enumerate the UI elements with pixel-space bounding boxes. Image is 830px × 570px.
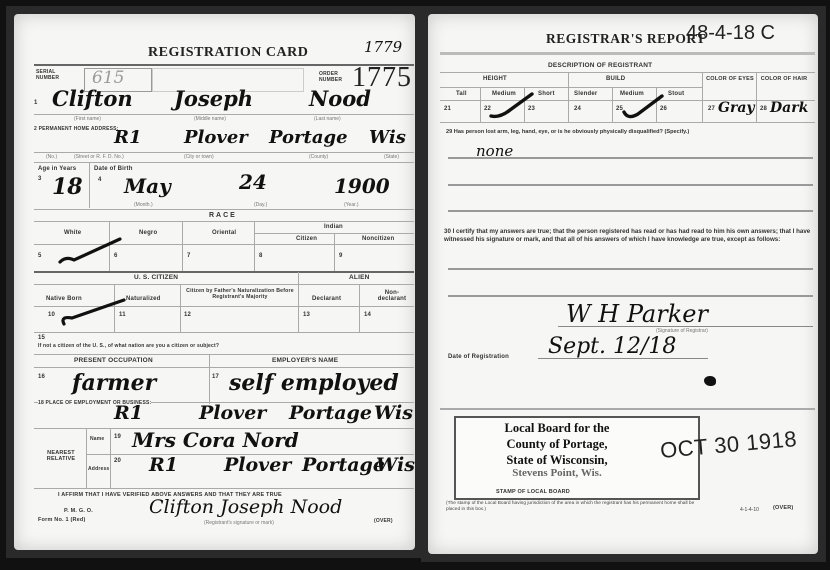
divider (298, 272, 299, 332)
occupation-value: farmer (72, 370, 156, 396)
address-rural: R1 (114, 127, 141, 148)
address-state: Wis (369, 127, 406, 148)
relative-address-no: 20 (114, 458, 121, 464)
answer-line (448, 157, 813, 159)
date-value: Sept. 12/18 (548, 334, 676, 359)
q30-text: 30 I certify that my answers are true; t… (444, 228, 814, 244)
hair-value: Dark (770, 100, 808, 116)
address-sublabel-state: (State) (384, 154, 399, 160)
dob-label: Date of Birth (94, 166, 133, 172)
name-sublabel-last: (Last name) (314, 116, 341, 122)
height-label: HEIGHT (483, 76, 507, 82)
employer-no: 17 (212, 374, 219, 380)
divider (34, 209, 414, 210)
divider (86, 428, 87, 488)
order-number-handwritten: 1779 (364, 38, 402, 56)
name-first: Clifton (52, 86, 133, 111)
alien-nondeclarant-label: Non-declarant (374, 290, 410, 302)
divider (440, 408, 815, 410)
relative-address-rural: R1 (149, 454, 178, 476)
footer-code: 4-1-4-10 (740, 507, 759, 513)
race-title: RACE (209, 212, 237, 219)
citizen-by-father-no: 12 (184, 312, 191, 318)
divider (110, 428, 111, 488)
signature-label: (Registrant's signature or mark) (204, 520, 274, 526)
answer-line (448, 295, 813, 297)
divider (568, 72, 569, 122)
relative-name-no: 19 (114, 434, 121, 440)
age-label: Age in Years (38, 166, 76, 172)
footer-over: (OVER) (773, 505, 793, 511)
divider (34, 488, 414, 489)
form-code-1: P. M. G. O. (64, 508, 93, 514)
relative-address-city: Plover (224, 454, 291, 476)
address-sublabel-no: (No.) (46, 154, 57, 160)
divider (334, 233, 335, 271)
q15-no: 15 (38, 335, 45, 341)
divider (209, 354, 210, 404)
board-line-1: Local Board for the (456, 420, 658, 436)
address-label: 2 PERMANENT HOME ADDRESS: (34, 126, 119, 132)
card-title: REGISTRATION CARD (148, 45, 308, 61)
eyes-label: COLOR OF EYES (706, 76, 754, 82)
dob-year: 1900 (334, 174, 390, 198)
registration-card: REGISTRATION CARD 1779 SERIAL NUMBER 615… (14, 14, 415, 550)
date-label: Date of Registration (448, 354, 509, 360)
race-negro-label: Negro (139, 230, 157, 236)
address-city: Plover (184, 127, 248, 148)
serial-number: 615 (92, 68, 124, 88)
dob-sublabel-day: (Day.) (254, 202, 267, 208)
divider (612, 87, 613, 122)
eyes-value: Gray (718, 100, 755, 116)
divider (34, 221, 414, 222)
race-citizen-no: 8 (259, 253, 263, 259)
divider (34, 332, 414, 333)
citizen-native-no: 10 (48, 312, 55, 318)
divider (702, 72, 703, 122)
hair-no: 28 (760, 106, 767, 112)
divider (440, 72, 815, 73)
eyes-no: 27 (708, 106, 715, 112)
divider (480, 87, 481, 122)
date-line (538, 358, 708, 359)
divider (254, 233, 414, 234)
alien-declarant-no: 13 (303, 312, 310, 318)
order-label: ORDER NUMBER (319, 71, 347, 83)
build-stout-label: Stout (668, 91, 684, 97)
hair-label: COLOR OF HAIR (760, 76, 808, 82)
height-tall-label: Tall (456, 91, 467, 97)
height-short-label: Short (538, 91, 555, 97)
divider (254, 221, 255, 271)
report-title: REGISTRAR'S REPORT (546, 31, 706, 47)
employer-label: EMPLOYER'S NAME (272, 357, 338, 364)
employment-rural: R1 (114, 402, 143, 424)
file-code-stamp: 48-4-18 C (686, 22, 775, 45)
race-oriental-label: Oriental (212, 230, 236, 236)
q29-text: 29 Has person lost arm, leg, hand, eye, … (446, 128, 816, 136)
answer-line (448, 210, 813, 212)
serial-label: SERIAL NUMBER (36, 69, 64, 81)
divider (756, 72, 757, 122)
build-slender-label: Slender (574, 91, 597, 97)
divider (34, 152, 414, 153)
signature-line (558, 326, 813, 327)
race-noncitizen-label: Noncitizen (362, 236, 394, 242)
relative-address-label: Address (88, 466, 109, 472)
citizen-naturalized-label: Naturalized (126, 296, 161, 302)
employment-city: Plover (199, 402, 266, 424)
occupation-no: 16 (38, 374, 45, 380)
age-field-no: 3 (38, 176, 42, 182)
description-title: DESCRIPTION OF REGISTRANT (548, 62, 652, 69)
divider (34, 354, 414, 355)
board-line-3: State of Wisconsin, (456, 452, 658, 468)
name-sublabel-first: (First name) (74, 116, 101, 122)
divider (89, 162, 90, 208)
employment-county: Portage (289, 402, 372, 424)
relative-address-county: Portage (302, 454, 385, 476)
board-line-2: County of Portage, (456, 436, 658, 452)
divider (34, 367, 414, 368)
registrar-signature: W H Parker (566, 300, 708, 328)
dob-sublabel-year: (Year.) (344, 202, 359, 208)
name-sublabel-middle: (Middle name) (194, 116, 226, 122)
address-sublabel-city: (City or town) (184, 154, 214, 160)
ink-blot (704, 376, 716, 386)
dob-sublabel-month: (Month.) (134, 202, 153, 208)
checkmark-build-medium-icon (620, 92, 668, 122)
answer-line (448, 184, 813, 186)
divider (440, 52, 815, 55)
board-stamp-sublabel: STAMP OF LOCAL BOARD (496, 489, 570, 495)
nearest-relative-label: NEAREST RELATIVE (36, 450, 86, 462)
age-value: 18 (52, 174, 83, 200)
race-white-no: 5 (38, 253, 42, 259)
form-code-2: Form No. 1 (Red) (38, 517, 86, 523)
name-middle: Joseph (174, 86, 253, 111)
divider (440, 122, 815, 123)
board-note: (The stamp of the Local Board having jur… (446, 501, 706, 513)
alien-title: ALIEN (349, 274, 370, 281)
dob-day: 24 (239, 170, 267, 194)
relative-name-label: Name (90, 436, 104, 442)
employer-value: self employed (229, 370, 399, 396)
divider (34, 114, 414, 115)
address-sublabel-street: (Street or R. F. D. No.) (74, 154, 124, 160)
field-1-label: 1 (34, 100, 38, 106)
divider (182, 221, 183, 271)
divider (359, 284, 360, 332)
build-label: BUILD (606, 76, 625, 82)
occupation-label: PRESENT OCCUPATION (74, 357, 153, 364)
race-noncitizen-no: 9 (339, 253, 343, 259)
registrars-report: REGISTRAR'S REPORT 48-4-18 C DESCRIPTION… (428, 14, 818, 554)
checkmark-native-born-icon (58, 296, 128, 328)
address-county: Portage (269, 127, 348, 148)
alien-declarant-label: Declarant (312, 296, 341, 302)
divider (34, 162, 414, 163)
divider (34, 271, 414, 273)
registrant-signature: Clifton Joseph Nood (149, 496, 342, 518)
citizen-by-father-label: Citizen by Father's Naturalization Befor… (186, 288, 294, 300)
relative-address-state: Wis (376, 454, 415, 476)
address-sublabel-county: (County) (309, 154, 328, 160)
q15-text: If not a citizen of the U. S., of what n… (38, 343, 219, 349)
employment-state: Wis (374, 402, 413, 424)
alien-nondeclarant-no: 14 (364, 312, 371, 318)
dob-field-no: 4 (98, 177, 102, 183)
relative-name: Mrs Cora Nord (132, 428, 299, 452)
name-last: Nood (309, 86, 371, 111)
divider (34, 284, 414, 285)
race-indian-label: Indian (324, 224, 343, 230)
build-slender-no: 24 (574, 106, 581, 112)
citizen-title: U. S. CITIZEN (134, 274, 178, 281)
height-tall-no: 21 (444, 106, 451, 112)
checkmark-white-icon (56, 236, 126, 266)
answer-line (448, 268, 813, 270)
over-label: (OVER) (374, 518, 393, 524)
race-citizen-label: Citizen (296, 236, 317, 242)
race-oriental-no: 7 (187, 253, 191, 259)
checkmark-height-medium-icon (488, 90, 536, 120)
board-line-4: Stevens Point, Wis. (456, 468, 658, 479)
dob-month: May (124, 174, 171, 198)
divider (180, 284, 181, 332)
